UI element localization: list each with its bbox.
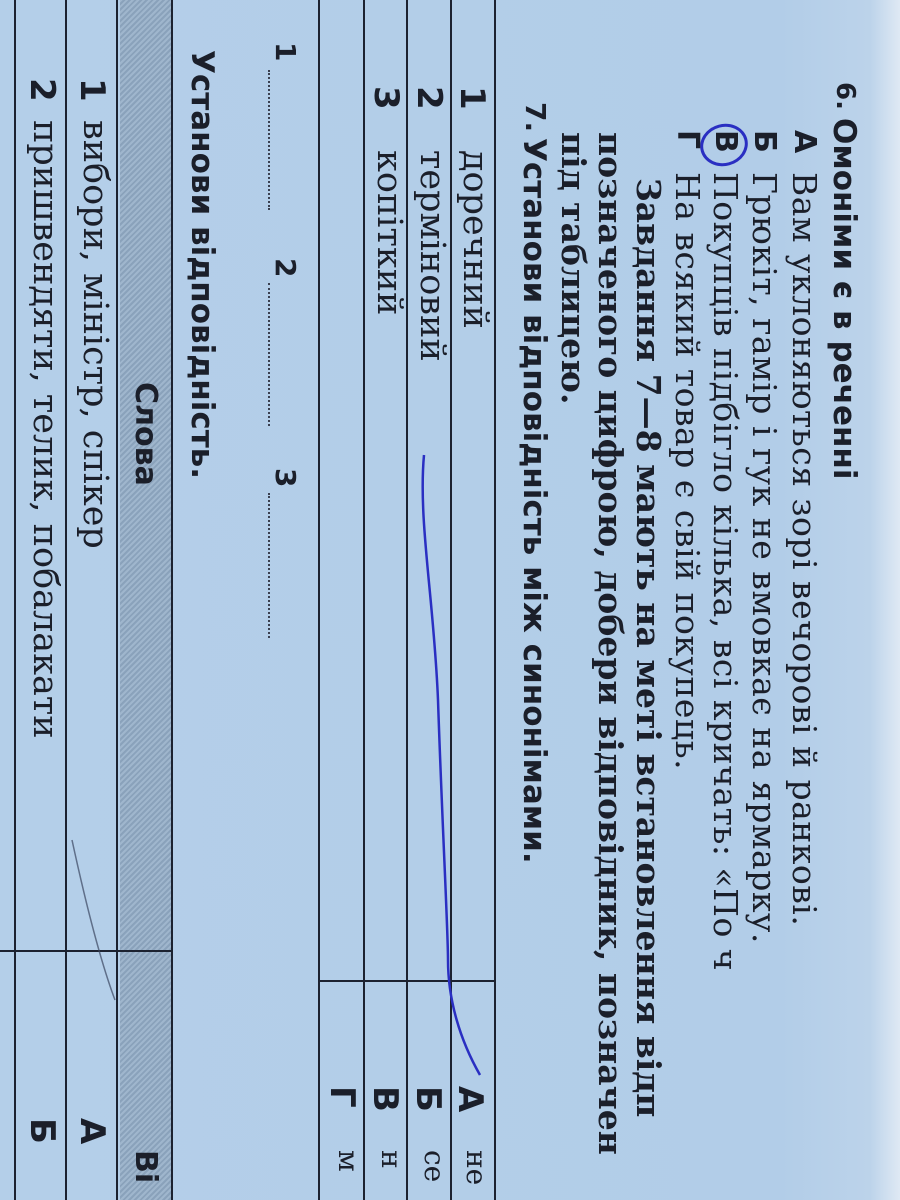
worksheet-page: 6. Омоніми є в реченні А Вам уклоняються… bbox=[0, 0, 900, 1200]
pencil-mark bbox=[0, 0, 900, 1200]
